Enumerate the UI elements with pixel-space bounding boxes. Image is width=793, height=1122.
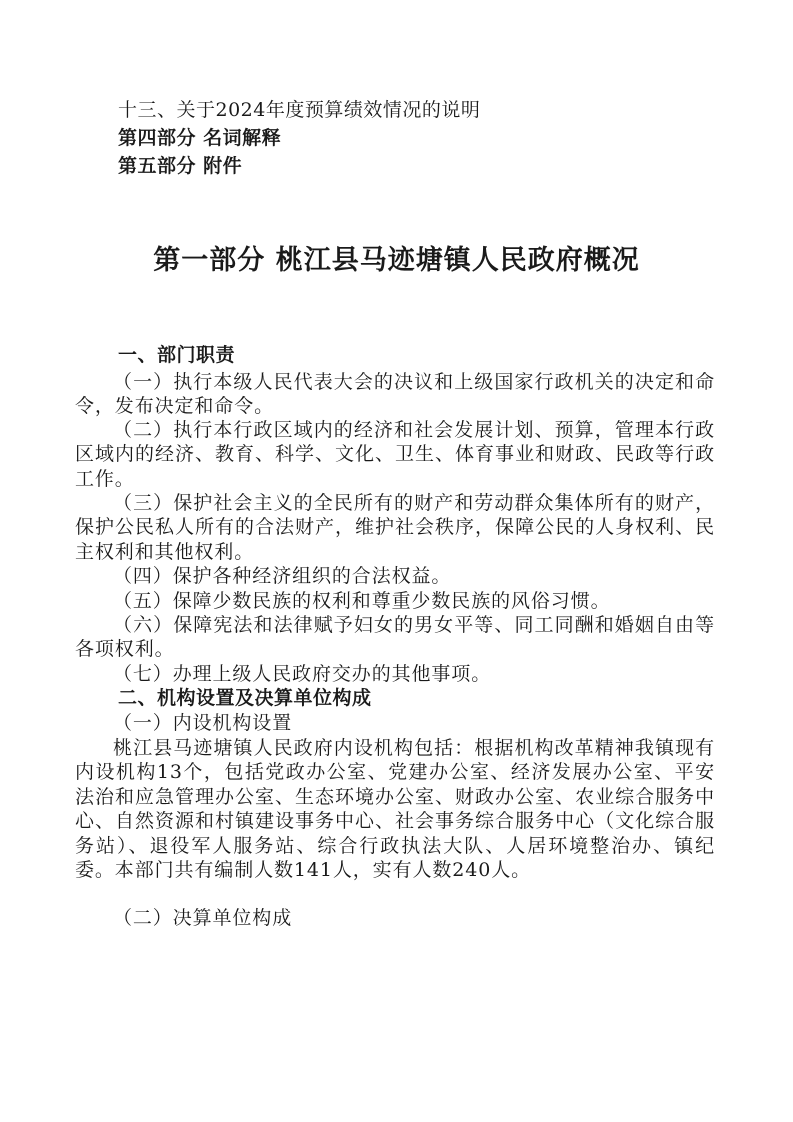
subsection-heading-internal: （一）内设机构设置: [75, 711, 715, 735]
duty-item-5: （五）保障少数民族的权利和尊重少数民族的风俗习惯。: [75, 589, 715, 613]
toc-part-4: 第四部分 名词解释: [118, 126, 281, 150]
duty-item-4: （四）保护各种经济组织的合法权益。: [75, 564, 715, 588]
toc-item-13: 十三、关于2024年度预算绩效情况的说明: [118, 98, 480, 122]
duty-item-2: （二）执行本行政区域内的经济和社会发展计划、预算，管理本行政区域内的经济、教育、…: [75, 418, 715, 491]
page-title: 第一部分 桃江县马迹塘镇人民政府概况: [0, 244, 793, 278]
duty-item-6: （六）保障宪法和法律赋予妇女的男女平等、同工同酬和婚姻自由等各项权利。: [75, 613, 715, 662]
internal-structure-body: 桃江县马迹塘镇人民政府内设机构包括：根据机构改革精神我镇现有内设机构13个，包括…: [75, 736, 715, 882]
duty-item-3: （三）保护社会主义的全民所有的财产和劳动群众集体所有的财产，保护公民私人所有的合…: [75, 491, 715, 564]
duty-item-1: （一）执行本级人民代表大会的决议和上级国家行政机关的决定和命令，发布决定和命令。: [75, 370, 715, 419]
section-heading-duties: 一、部门职责: [118, 343, 235, 367]
section-heading-structure: 二、机构设置及决算单位构成: [118, 686, 372, 710]
duty-item-7: （七）办理上级人民政府交办的其他事项。: [75, 662, 715, 686]
subsection-heading-units: （二）决算单位构成: [75, 906, 715, 930]
document-page: 十三、关于2024年度预算绩效情况的说明 第四部分 名词解释 第五部分 附件 第…: [0, 0, 793, 1122]
toc-part-5: 第五部分 附件: [118, 154, 242, 178]
